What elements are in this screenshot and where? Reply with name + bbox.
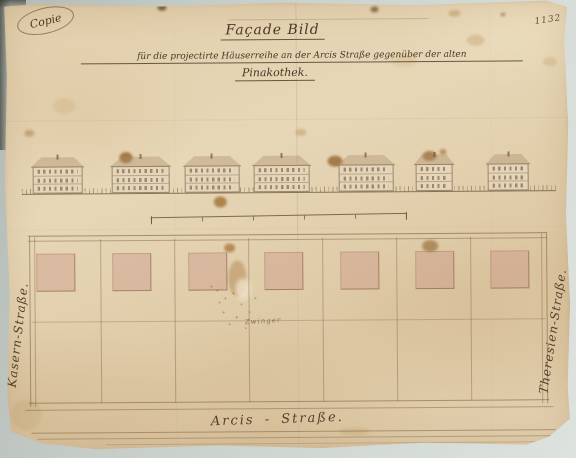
stain — [370, 6, 378, 12]
house-elevation — [112, 156, 170, 193]
stain — [224, 243, 235, 252]
window-row — [489, 164, 528, 172]
chimney — [56, 155, 58, 160]
photographed-plan: Copie 1132 Façade Bild für die projectir… — [0, 0, 576, 458]
fold-crease-horizontal — [3, 117, 569, 123]
street-label-right: Theresien-Straße. — [532, 241, 573, 421]
title-line-3: Pinakothek. — [235, 66, 315, 82]
archive-number: 1132 — [534, 13, 562, 27]
house-elevation — [416, 154, 453, 191]
building-footprint — [490, 250, 529, 288]
plan-annotation: Zwinger — [244, 316, 281, 326]
stain — [448, 10, 460, 17]
scale-bar — [151, 213, 407, 225]
window-row — [34, 183, 82, 192]
plan-bottom-border-2 — [25, 406, 553, 411]
stain — [24, 130, 34, 137]
house-facade — [254, 165, 310, 192]
building-footprint — [340, 251, 379, 289]
title-line-1: Façade Bild — [221, 22, 325, 41]
house-elevation — [33, 156, 83, 193]
building-footprint — [188, 252, 227, 290]
house-elevation — [185, 155, 240, 192]
fold-crease-minor-right — [489, 1, 494, 449]
window-row — [255, 182, 309, 191]
window-row — [417, 165, 452, 173]
building-footprint — [112, 253, 151, 291]
stain — [295, 129, 306, 136]
house-facade — [416, 164, 453, 191]
chimney — [507, 151, 509, 156]
stain — [53, 98, 75, 113]
stain — [467, 35, 485, 46]
house-facade — [488, 163, 529, 190]
house-facade — [339, 164, 394, 191]
plan-sheet: Copie 1132 Façade Bild für die projectir… — [2, 0, 571, 452]
chimney — [433, 152, 435, 157]
street-edge-line — [31, 429, 555, 434]
house-facade — [33, 166, 83, 193]
copy-stamp-label: Copie — [28, 11, 62, 31]
building-footprint — [36, 253, 75, 291]
chimney — [211, 154, 213, 159]
stain — [157, 4, 166, 11]
window-row — [417, 181, 452, 190]
house-elevation — [339, 154, 394, 191]
plan-middle-line — [32, 318, 546, 323]
title-line-2: für die projectirte Häuserreihe an der A… — [81, 49, 523, 64]
building-footprint — [415, 251, 454, 289]
house-facade — [185, 165, 240, 192]
house-elevation — [487, 153, 528, 190]
window-row — [340, 181, 393, 190]
house-facade — [112, 166, 170, 193]
chimney — [365, 152, 367, 157]
chimney — [280, 153, 282, 158]
fold-crease-horizontal-2 — [4, 226, 570, 232]
copy-stamp: Copie — [14, 1, 76, 40]
window-row — [113, 183, 169, 192]
stain — [543, 57, 557, 66]
house-elevation — [254, 155, 310, 192]
stain — [501, 12, 506, 16]
stain — [214, 196, 227, 207]
crease-line-top — [229, 18, 429, 20]
street-edge-line-3 — [106, 441, 536, 445]
window-row — [489, 180, 528, 189]
window-row — [186, 182, 239, 191]
chimney — [139, 154, 141, 159]
street-label-bottom: Arcis - Straße. — [201, 410, 353, 430]
building-footprint — [264, 252, 303, 290]
